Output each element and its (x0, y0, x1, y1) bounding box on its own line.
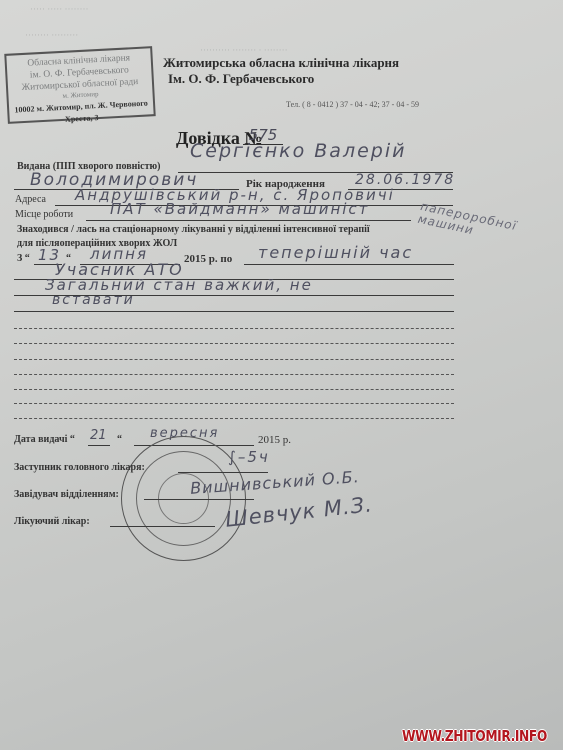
bleed-through-text: ····· ····· ········ (30, 4, 88, 14)
issue-date-label: Дата видачі “ (14, 434, 75, 445)
department-head-label: Завідувач відділенням: (14, 489, 119, 500)
stamp-address: 10002 м. Житомир, пл. Ж. Червоного Хрест… (9, 97, 154, 129)
hospital-phone: Тел. ( 8 - 0412 ) 37 - 04 - 42; 37 - 04 … (286, 100, 419, 109)
attending-doctor-label: Лікуючий лікар: (14, 516, 90, 527)
from-date-prefix: З “ (17, 253, 30, 264)
issue-year-label: 2015 р. (258, 434, 291, 446)
deputy-signature-line (178, 472, 268, 473)
issue-day-line (88, 445, 110, 446)
workplace-line (86, 220, 411, 221)
site-watermark: WWW.ZHITOMIR.INFO (402, 727, 547, 745)
hospital-name: Житомирська обласна клінічна лікарня (163, 55, 399, 71)
workplace-margin-note: папероробної машини (417, 200, 559, 255)
deputy-signature: ∫–5ч (228, 448, 270, 466)
blank-line (14, 403, 454, 404)
issue-day-handwritten: 21 (90, 428, 107, 443)
notes-line (14, 311, 454, 312)
blank-line (14, 359, 454, 360)
hospital-header: Житомирська обласна клінічна лікарня Ім.… (163, 55, 399, 87)
head-signature-line (144, 499, 254, 500)
hospital-rectangular-stamp: Обласна клінічна лікарня ім. О. Ф. Герба… (4, 46, 155, 124)
workplace-label: Місце роботи (15, 209, 73, 220)
hospital-name-sub: Ім. О. Ф. Гербачевського (163, 71, 399, 87)
issued-to-handwritten: Сергієнко Валерій (190, 140, 406, 162)
blank-line (14, 418, 454, 419)
notes-handwritten-line-3: вставати (52, 292, 135, 308)
to-date-handwritten: теперішній час (258, 243, 413, 262)
treatment-label: Знаходився / лась на стаціонарному лікув… (17, 224, 370, 235)
deputy-chief-label: Заступник головного лікаря: (14, 462, 145, 473)
blank-line (14, 389, 454, 390)
blank-line (14, 374, 454, 375)
address-label: Адреса (15, 194, 46, 205)
workplace-handwritten: ПАТ «Вайдманн» машиніст (110, 200, 369, 218)
blank-line (14, 343, 454, 344)
quote-mark: “ (117, 434, 122, 445)
from-year-label: 2015 р. по (184, 253, 232, 265)
bleed-through-text: ········ ········· (25, 30, 78, 40)
bleed-through-text: ·········· ········ · ········ (200, 45, 288, 55)
blank-line (14, 328, 454, 329)
doctor-signature-line (110, 526, 215, 527)
to-date-line (244, 264, 454, 265)
